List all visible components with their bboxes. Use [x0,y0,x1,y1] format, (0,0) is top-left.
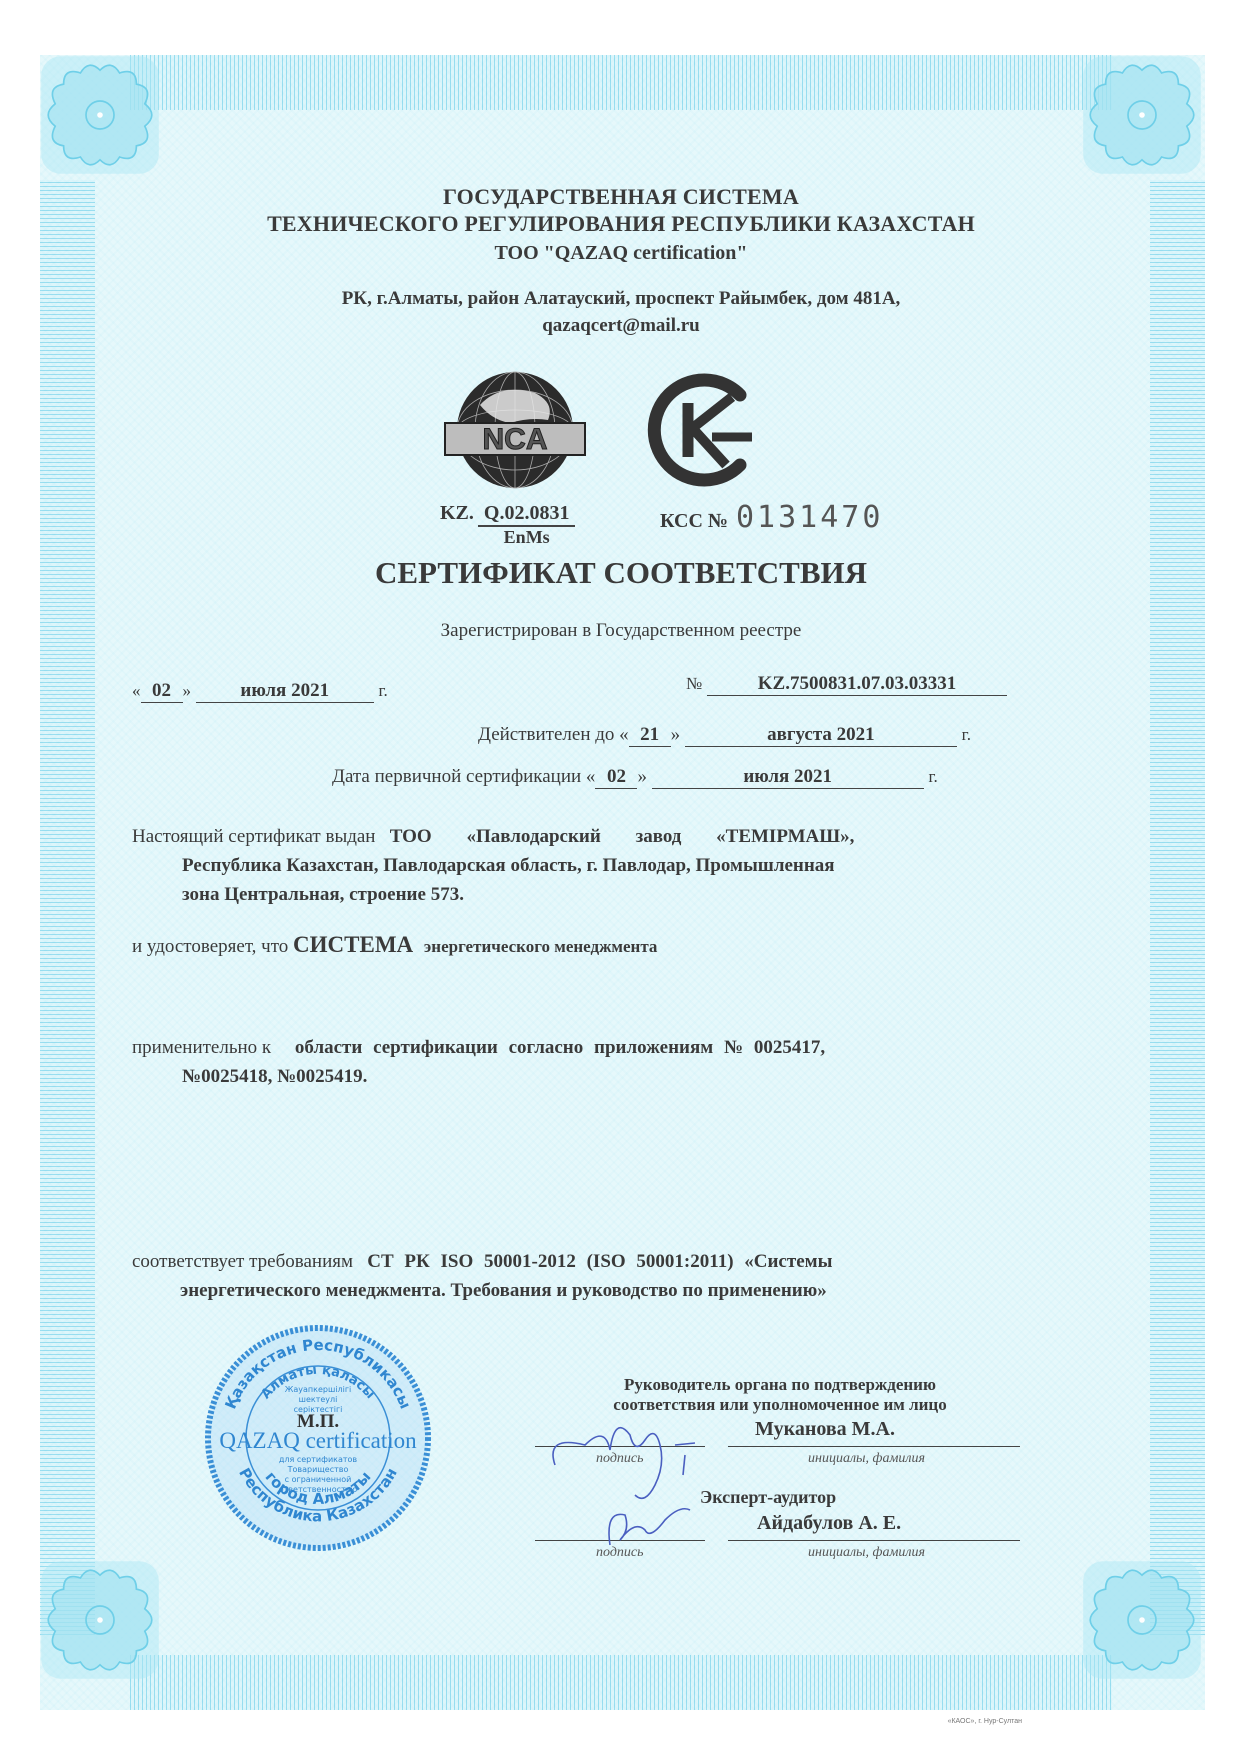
rosette-icon [1072,1550,1212,1690]
complies-standard-title: энергетического менеджмента. Требования … [132,1276,1042,1305]
head-name: Муканова М.А. [755,1418,895,1441]
rosette-icon [30,45,170,185]
guilloche-border-right [1150,180,1205,1635]
expert-signature [590,1490,700,1560]
svg-text:ответственностью: ответственностью [279,1485,358,1494]
issuer-address: РК, г.Алматы, район Алатауский, проспект… [0,288,1242,310]
complies-section: соответствует требованиям СТ РК ISO 5000… [132,1247,1042,1305]
kcc-label: КСС № [660,510,728,532]
issued-to-company: ТОО «Павлодарский завод «ТЕМІРМАШ», [390,826,855,847]
accreditation-number: Q.02.0831 [478,502,576,527]
guilloche-border-bottom [130,1655,1112,1710]
accreditation-prefix: KZ. [440,502,474,524]
issuer-org: ТОО "QAZAQ certification" [0,242,1242,265]
certifies-value: энергетического менеджмента [424,937,657,956]
guilloche-border-left [40,180,95,1635]
complies-label: соответствует требованиям [132,1251,353,1272]
document-title: СЕРТИФИКАТ СООТВЕТСТВИЯ [0,555,1242,591]
registration-date: «02» июля 2021 г. [132,680,388,703]
valid-until-month-year: августа 2021 [685,724,957,747]
certifies-section: и удостоверяет, что СИСТЕМА энергетическ… [132,930,657,961]
registration-day: 02 [141,680,183,703]
complies-standard: СТ РК ISO 50001-2012 (ISO 50001:2011) «С… [367,1251,832,1272]
svg-text:Товарищество: Товарищество [287,1465,349,1474]
head-role-line-1: Руководитель органа по подтверждению [540,1375,1020,1395]
rosette-icon [1072,45,1212,185]
expert-name-line [728,1540,1020,1541]
first-certification-month-year: июля 2021 [652,766,924,789]
certifies-label: и удостоверяет, что [132,936,288,957]
rosette-icon [30,1550,170,1690]
nca-globe-logo: NCA [440,365,590,495]
issued-to-address-1: Республика Казахстан, Павлодарская облас… [132,851,1022,880]
applicable-section: применительно к области сертификации сог… [132,1033,1022,1091]
registration-number-field: № KZ.7500831.07.03.03331 [686,673,1007,696]
valid-until-label: Действителен до « [478,724,629,745]
kcc-number: 0131470 [736,500,883,535]
certifies-subject: СИСТЕМА [293,932,413,957]
registry-label: Зарегистрирован в Государственном реестр… [0,620,1242,642]
svg-text:для сертификатов: для сертификатов [279,1455,358,1464]
kcc-serial: КСС №0131470 [660,500,883,535]
official-seal: Қазақстан Республикасы Алматы қаласы гор… [202,1322,434,1554]
print-mark: «КАОС», г. Нур-Султан [948,1718,1022,1725]
applicable-label: применительно к [132,1037,271,1058]
svg-text:NCA: NCA [483,423,548,456]
valid-until-field: Действителен до «21» августа 2021 г. [478,724,971,747]
head-name-line [728,1446,1020,1447]
issued-to-label: Настоящий сертификат выдан [132,826,375,847]
svg-text:шектеулі: шектеулі [299,1395,338,1404]
guilloche-border-top [130,55,1112,110]
kt-conformity-mark [640,365,770,495]
head-name-caption: инициалы, фамилия [808,1451,925,1467]
registration-month-year: июля 2021 [196,680,374,703]
registration-number: KZ.7500831.07.03.03331 [707,673,1007,696]
applicable-scope: области сертификации согласно приложения… [295,1037,825,1058]
accreditation-scope: EnMs [478,527,576,548]
first-certification-label: Дата первичной сертификации « [332,766,595,787]
applicable-annexes: №0025418, №0025419. [132,1062,1022,1091]
header-line-2: ТЕХНИЧЕСКОГО РЕГУЛИРОВАНИЯ РЕСПУБЛИКИ КА… [0,211,1242,237]
seal-place-label: М.П. [297,1411,339,1432]
first-certification-day: 02 [595,766,637,789]
issued-to-section: Настоящий сертификат выдан ТОО «Павлодар… [132,822,1022,909]
expert-name: Айдабулов А. Е. [757,1512,901,1535]
accreditation-code: KZ.Q.02.0831EnMs [440,502,575,548]
valid-until-day: 21 [629,724,671,747]
svg-text:Жауапкершілігі: Жауапкершілігі [285,1385,352,1394]
header-line-1: ГОСУДАРСТВЕННАЯ СИСТЕМА [0,184,1242,210]
svg-text:с ограниченной: с ограниченной [285,1475,352,1484]
first-certification-field: Дата первичной сертификации «02» июля 20… [332,766,938,789]
expert-name-caption: инициалы, фамилия [808,1545,925,1561]
issued-to-address-2: зона Центральная, строение 573. [132,880,1022,909]
expert-role: Эксперт-аудитор [700,1487,836,1508]
issuer-email: qazaqcert@mail.ru [0,315,1242,337]
